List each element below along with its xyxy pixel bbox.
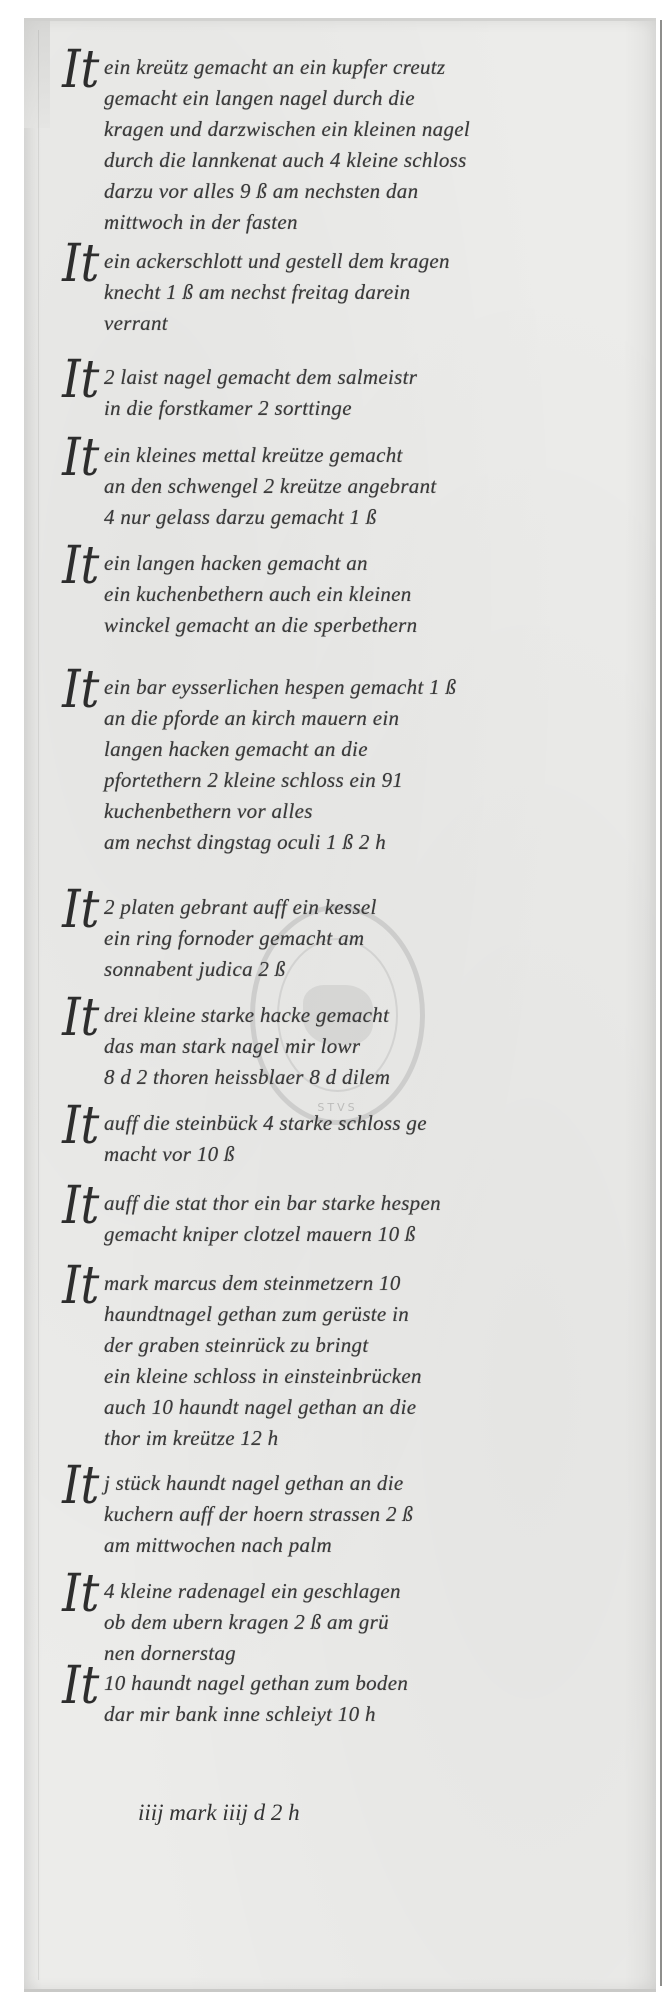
entry-line: 4 nur gelass darzu gemacht 1 ß <box>104 502 640 533</box>
entry-line: an die pforde an kirch mauern ein <box>104 703 640 734</box>
item-initial: It <box>62 432 99 484</box>
entry-line: ein kleine schloss in einsteinbrücken <box>104 1361 640 1392</box>
entry-line: haundtnagel gethan zum gerüste in <box>104 1299 640 1330</box>
entry-line: winckel gemacht an die sperbethern <box>104 610 640 641</box>
entry-line: pfortethern 2 kleine schloss ein 91 <box>104 765 640 796</box>
entry-line: auch 10 haundt nagel gethan an die <box>104 1392 640 1423</box>
entry-line: auff die stat thor ein bar starke hespen <box>104 1188 640 1219</box>
page-edge-line <box>660 20 662 1986</box>
entry-line: ob dem ubern kragen 2 ß am grü <box>104 1607 640 1638</box>
ledger-total: iiij mark iiij d 2 h <box>138 1800 300 1826</box>
entry-line: 2 platen gebrant auff ein kessel <box>104 892 640 923</box>
entry-line: ein bar eysserlichen hespen gemacht 1 ß <box>104 672 640 703</box>
margin-line <box>38 30 39 1980</box>
entry-line: 8 d 2 thoren heissblaer 8 d dilem <box>104 1062 640 1093</box>
entry-line: am mittwochen nach palm <box>104 1530 640 1561</box>
entry-line: thor im kreütze 12 h <box>104 1423 640 1454</box>
item-initial: It <box>62 1180 99 1232</box>
entry-line: gemacht kniper clotzel mauern 10 ß <box>104 1219 640 1250</box>
item-initial: It <box>62 884 99 936</box>
entry-line: ein ackerschlott und gestell dem kragen <box>104 246 640 277</box>
entry-line: ein kreütz gemacht an ein kupfer creutz <box>104 52 640 83</box>
item-initial: It <box>62 354 99 406</box>
item-initial: It <box>62 1568 99 1620</box>
entry-line: in die forstkamer 2 sorttinge <box>104 393 640 424</box>
entry-line: am nechst dingstag oculi 1 ß 2 h <box>104 827 640 858</box>
entry-line: das man stark nagel mir lowr <box>104 1031 640 1062</box>
entry-line: j stück haundt nagel gethan an die <box>104 1468 640 1499</box>
entry-line: gemacht ein langen nagel durch die <box>104 83 640 114</box>
item-initial: It <box>62 1460 99 1512</box>
entry-line: 4 kleine radenagel ein geschlagen <box>104 1576 640 1607</box>
entry-line: kuchenbethern vor alles <box>104 796 640 827</box>
entry-line: sonnabent judica 2 ß <box>104 954 640 985</box>
entry-line: mark marcus dem steinmetzern 10 <box>104 1268 640 1299</box>
entry-line: auff die steinbück 4 starke schloss ge <box>104 1108 640 1139</box>
entry-line: darzu vor alles 9 ß am nechsten dan <box>104 176 640 207</box>
entry-line: kuchern auff der hoern strassen 2 ß <box>104 1499 640 1530</box>
entry-line: ein ring fornoder gemacht am <box>104 923 640 954</box>
item-initial: It <box>62 1100 99 1152</box>
item-initial: It <box>62 1260 99 1312</box>
entry-line: drei kleine starke hacke gemacht <box>104 1000 640 1031</box>
item-initial: It <box>62 1660 99 1712</box>
item-initial: It <box>62 992 99 1044</box>
entry-line: mittwoch in der fasten <box>104 207 640 238</box>
item-initial: It <box>62 664 99 716</box>
entry-line: kragen und darzwischen ein kleinen nagel <box>104 114 640 145</box>
item-initial: It <box>62 44 99 96</box>
item-initial: It <box>62 540 99 592</box>
entry-line: 2 laist nagel gemacht dem salmeistr <box>104 362 640 393</box>
entry-line: nen dornerstag <box>104 1638 640 1669</box>
entry-line: 10 haundt nagel gethan zum boden <box>104 1668 640 1699</box>
entry-line: ein kuchenbethern auch ein kleinen <box>104 579 640 610</box>
item-initial: It <box>62 238 99 290</box>
entry-line: verrant <box>104 308 640 339</box>
entry-line: macht vor 10 ß <box>104 1139 640 1170</box>
entry-line: ein langen hacken gemacht an <box>104 548 640 579</box>
entry-line: langen hacken gemacht an die <box>104 734 640 765</box>
entry-line: an den schwengel 2 kreütze angebrant <box>104 471 640 502</box>
entry-line: dar mir bank inne schleiyt 10 h <box>104 1699 640 1730</box>
entry-line: knecht 1 ß am nechst freitag darein <box>104 277 640 308</box>
page-corner-fold <box>24 18 50 128</box>
entry-line: ein kleines mettal kreütze gemacht <box>104 440 640 471</box>
entry-line: der graben steinrück zu bringt <box>104 1330 640 1361</box>
entry-line: durch die lannkenat auch 4 kleine schlos… <box>104 145 640 176</box>
